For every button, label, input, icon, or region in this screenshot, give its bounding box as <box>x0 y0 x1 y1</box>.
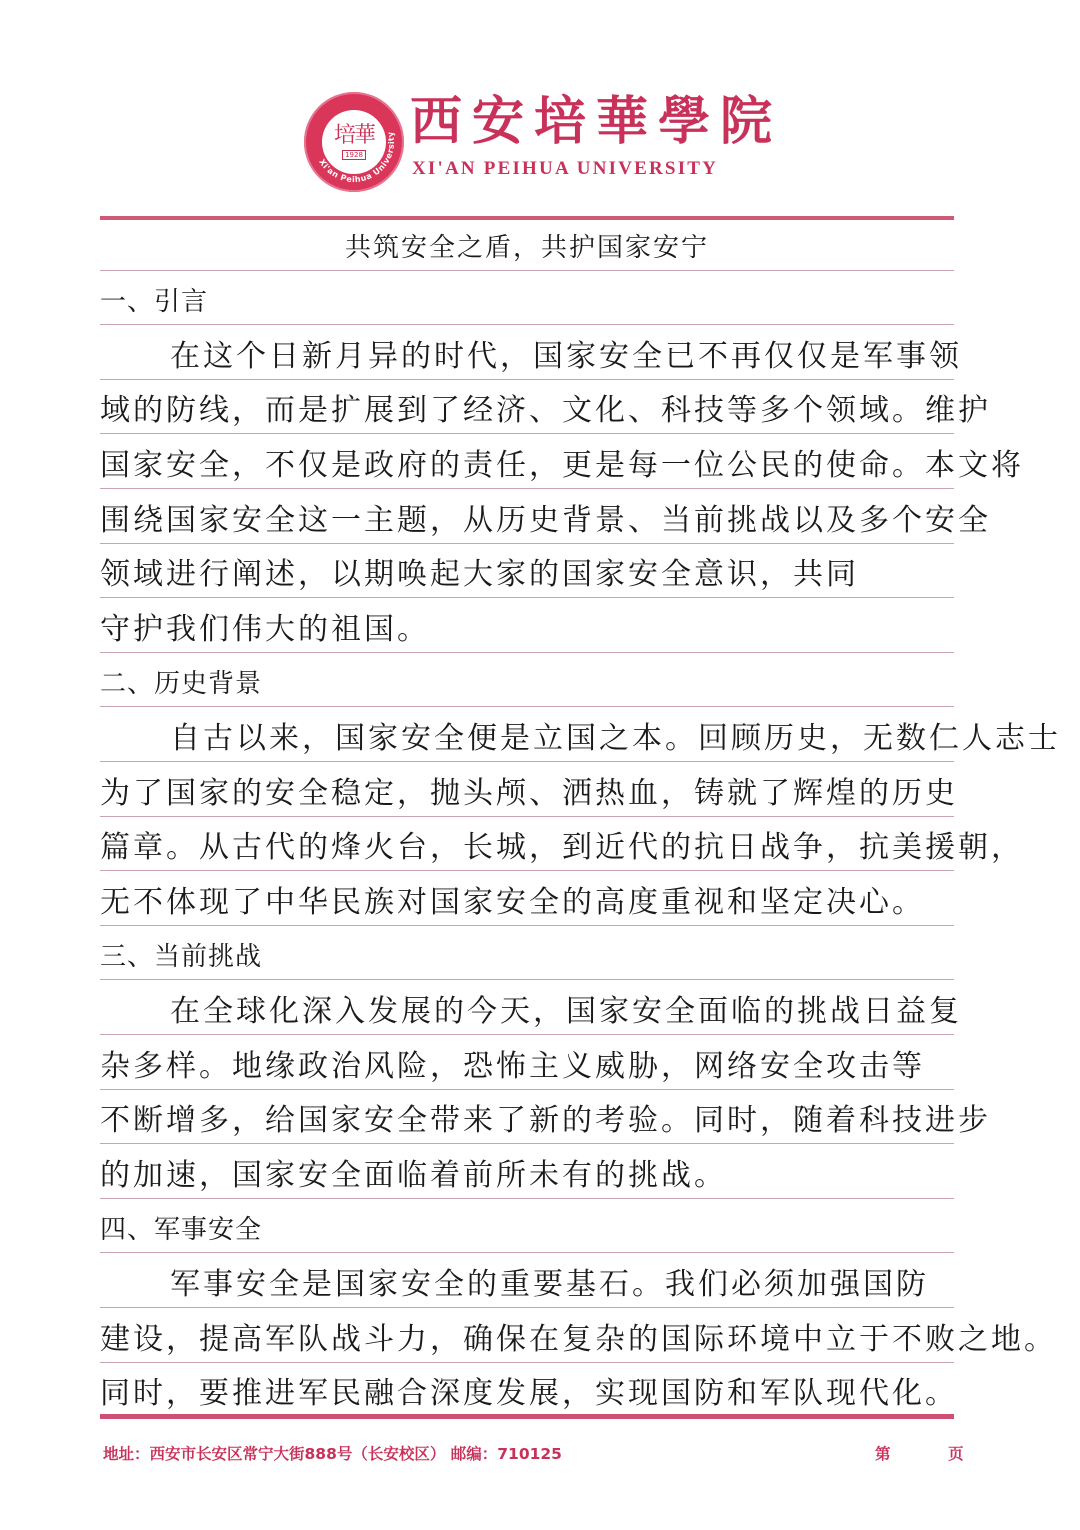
university-name-en: XI'AN PEIHUA UNIVERSITY <box>412 158 718 180</box>
footer: 地址：西安市长安区常宁大街888号（长安校区） 邮编：710125 第 页 <box>103 1442 965 1468</box>
letterhead: Xi'an Peihua University 培華 1928 西安培華學院 X… <box>298 88 768 193</box>
essay-line: 领域进行阐述，以期唤起大家的国家安全意识，共同 <box>100 557 859 593</box>
essay-line: 建设，提高军队战斗力，确保在复杂的国际环境中立于不败之地。 <box>100 1322 1057 1358</box>
section-heading-row: 四、军事安全 <box>100 1199 954 1254</box>
essay-title: 共筑安全之盾，共护国家安宁 <box>100 230 954 266</box>
page-label-prefix: 第 <box>875 1442 891 1464</box>
seal-year: 1928 <box>342 150 366 160</box>
essay-line: 围绕国家安全这一主题，从历史背景、当前挑战以及多个安全 <box>100 503 991 539</box>
essay-line: 杂多样。地缘政治风险，恐怖主义威胁，网络安全攻击等 <box>100 1049 925 1085</box>
essay-line: 域的防线，而是扩展到了经济、文化、科技等多个领域。维护 <box>100 393 991 429</box>
essay-line-row: 在全球化深入发展的今天，国家安全面临的挑战日益复 <box>100 980 954 1035</box>
essay-line-row: 建设，提高军队战斗力，确保在复杂的国际环境中立于不败之地。 <box>100 1308 954 1363</box>
essay-line-row: 无不体现了中华民族对国家安全的高度重视和坚定决心。 <box>100 871 954 926</box>
section-heading-row: 三、当前挑战 <box>100 926 954 981</box>
essay-line-row: 为了国家的安全稳定，抛头颅、洒热血，铸就了辉煌的历史 <box>100 762 954 817</box>
essay-line: 自古以来，国家安全便是立国之本。回顾历史，无数仁人志士 <box>170 721 1061 757</box>
page-label-suffix: 页 <box>948 1442 964 1464</box>
essay-line: 守护我们伟大的祖国。 <box>100 612 430 648</box>
essay-line: 在全球化深入发展的今天，国家安全面临的挑战日益复 <box>170 994 962 1030</box>
footer-address: 地址：西安市长安区常宁大街888号（长安校区） 邮编：710125 <box>103 1442 562 1464</box>
section-heading-row: 一、引言 <box>100 271 954 326</box>
section-heading: 四、军事安全 <box>100 1212 262 1248</box>
essay-line-row: 域的防线，而是扩展到了经济、文化、科技等多个领域。维护 <box>100 380 954 435</box>
essay-line-row: 在这个日新月异的时代，国家安全已不再仅仅是军事领 <box>100 325 954 380</box>
essay-line-row: 同时，要推进军民融合深度发展，实现国防和军队现代化。 <box>100 1363 954 1418</box>
essay-line-row: 杂多样。地缘政治风险，恐怖主义威胁，网络安全攻击等 <box>100 1035 954 1090</box>
essay-line: 在这个日新月异的时代，国家安全已不再仅仅是军事领 <box>170 339 962 375</box>
section-heading: 一、引言 <box>100 284 208 320</box>
essay-line-row: 的加速，国家安全面临着前所未有的挑战。 <box>100 1144 954 1199</box>
seal-glyph: 培華 <box>334 124 374 148</box>
essay-line-row: 军事安全是国家安全的重要基石。我们必须加强国防 <box>100 1253 954 1308</box>
essay-line: 为了国家的安全稳定，抛头颅、洒热血，铸就了辉煌的历史 <box>100 776 958 812</box>
essay-line-row: 篇章。从古代的烽火台，长城，到近代的抗日战争，抗美援朝， <box>100 817 954 872</box>
essay-line-row: 领域进行阐述，以期唤起大家的国家安全意识，共同 <box>100 544 954 599</box>
essay-line-row: 不断增多，给国家安全带来了新的考验。同时，随着科技进步 <box>100 1090 954 1145</box>
essay-line-row: 围绕国家安全这一主题，从历史背景、当前挑战以及多个安全 <box>100 489 954 544</box>
essay-line-row: 守护我们伟大的祖国。 <box>100 598 954 653</box>
essay-line: 无不体现了中华民族对国家安全的高度重视和坚定决心。 <box>100 885 925 921</box>
section-heading: 二、历史背景 <box>100 666 262 702</box>
section-heading-row: 二、历史背景 <box>100 653 954 708</box>
university-name-cn: 西安培華學院 <box>410 92 782 152</box>
seal-center: 培華 1928 <box>322 110 386 174</box>
essay-line: 国家安全，不仅是政府的责任，更是每一位公民的使命。本文将 <box>100 448 1024 484</box>
section-heading: 三、当前挑战 <box>100 939 262 975</box>
bottom-rule <box>100 1414 954 1419</box>
essay-line: 不断增多，给国家安全带来了新的考验。同时，随着科技进步 <box>100 1103 991 1139</box>
essay-line-row: 国家安全，不仅是政府的责任，更是每一位公民的使命。本文将 <box>100 434 954 489</box>
essay-line: 军事安全是国家安全的重要基石。我们必须加强国防 <box>170 1267 929 1303</box>
essay-line: 的加速，国家安全面临着前所未有的挑战。 <box>100 1158 727 1194</box>
essay-title-row: 共筑安全之盾，共护国家安宁 <box>100 216 954 271</box>
essay-line: 篇章。从古代的烽火台，长城，到近代的抗日战争，抗美援朝， <box>100 830 1024 866</box>
university-seal-logo: Xi'an Peihua University 培華 1928 <box>304 92 404 192</box>
essay-line: 同时，要推进军民融合深度发展，实现国防和军队现代化。 <box>100 1376 958 1412</box>
essay-line-row: 自古以来，国家安全便是立国之本。回顾历史，无数仁人志士 <box>100 707 954 762</box>
